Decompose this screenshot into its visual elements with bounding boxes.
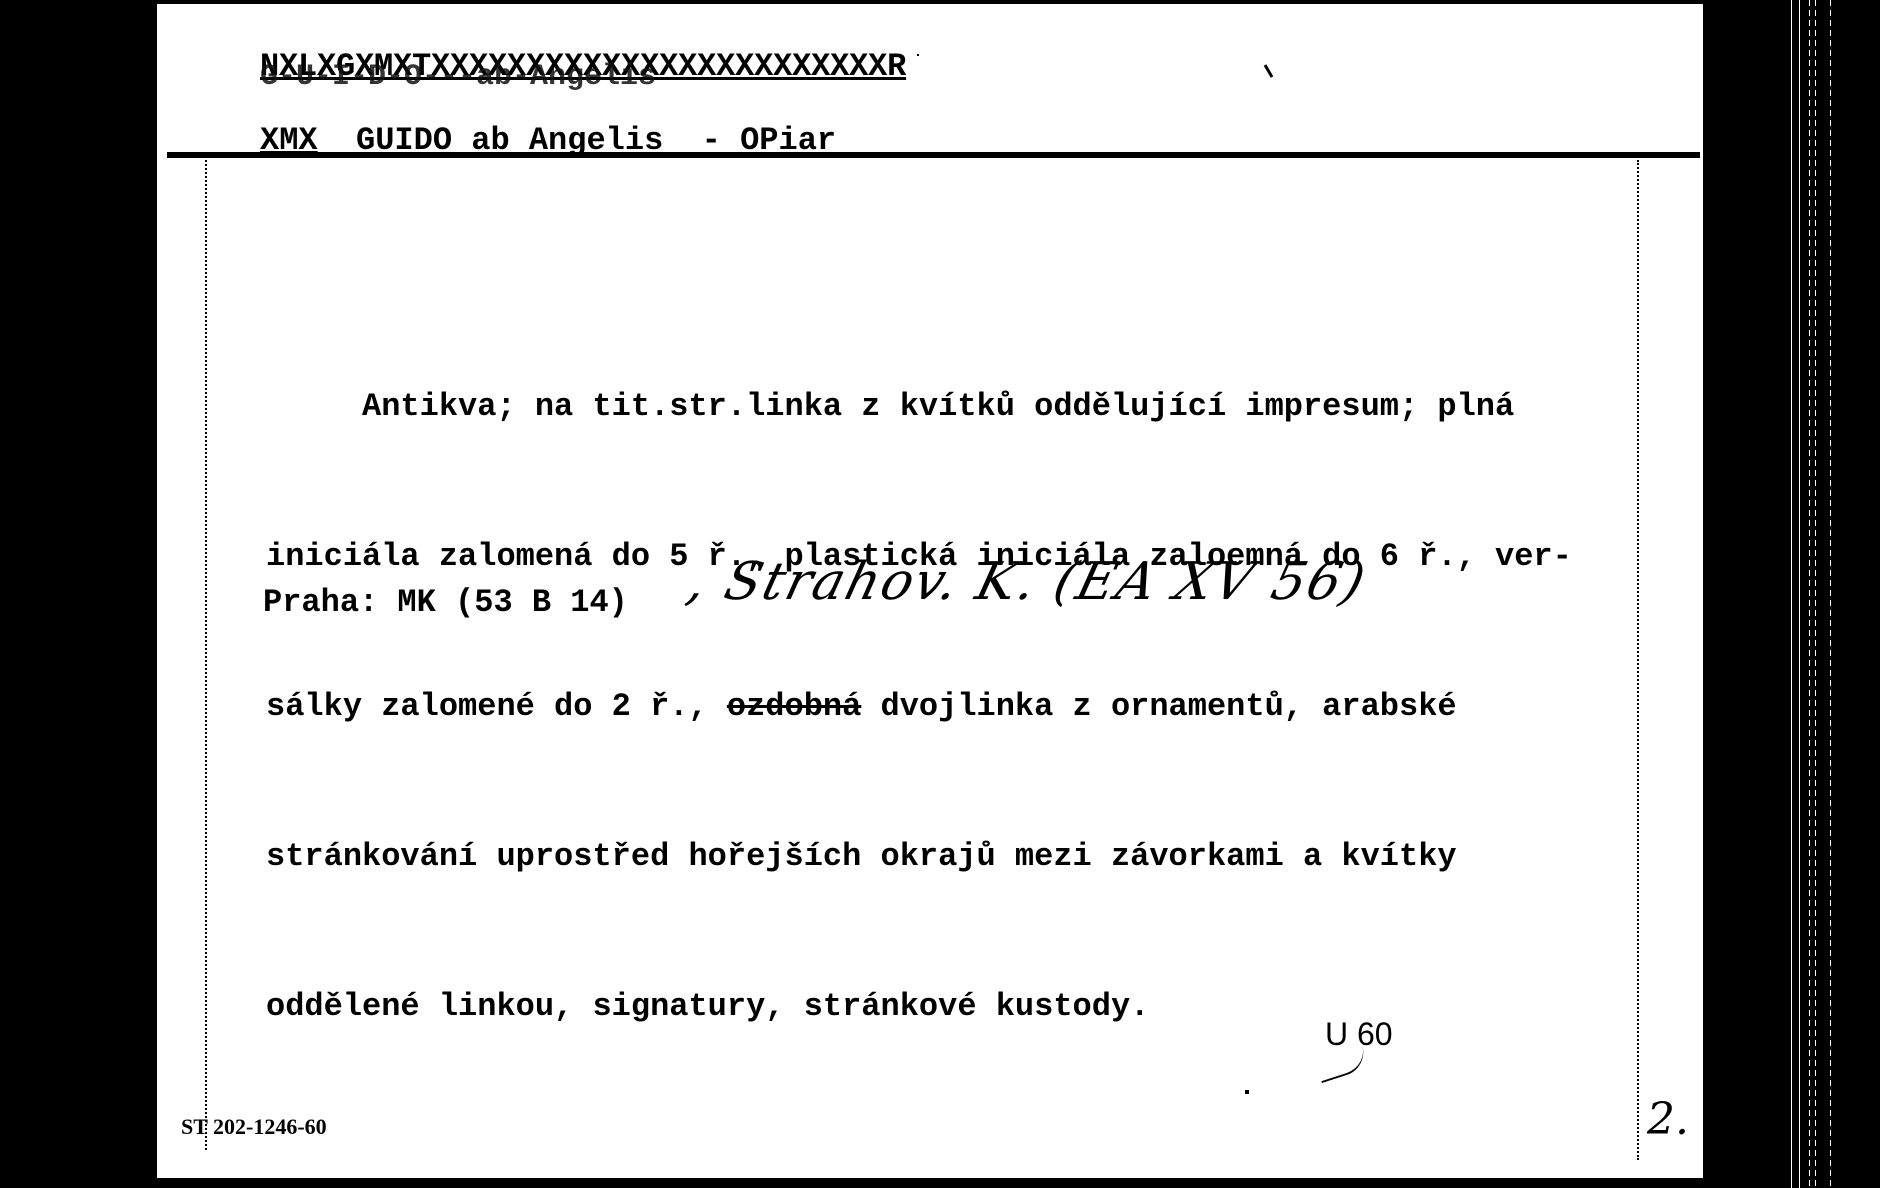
- scan-speck: [917, 54, 919, 56]
- location-typed: Praha: MK (53 B 14): [263, 584, 628, 621]
- description-text: dvojlinka z ornamentů, arabské: [861, 688, 1456, 725]
- scan-speck: [1245, 1090, 1249, 1094]
- description-line: Antikva; na tit.str.linka z kvítků odděl…: [266, 382, 1686, 432]
- scanner-edge-line: [1830, 0, 1831, 1188]
- scanner-edge-line: [1815, 0, 1816, 1188]
- struck-word: ozdobná: [727, 688, 861, 725]
- page-mark: 2.: [1647, 1094, 1689, 1145]
- left-margin-line: [205, 160, 207, 1150]
- description-line: sálky zalomené do 2 ř., ozdobná dvojlink…: [266, 682, 1686, 732]
- location-handwritten: , Strahov. K. (EA XV 56): [682, 552, 1373, 612]
- struck-header-original: G-U-I-D-O---ab-Angelis: [260, 60, 656, 94]
- scanner-edge-line: [1799, 0, 1800, 1188]
- heading-rule: [167, 152, 1700, 158]
- description-text: sálky zalomené do 2 ř.,: [266, 688, 727, 725]
- scanner-edge-line: [1791, 0, 1792, 1188]
- scanner-edge-line: [1809, 0, 1810, 1188]
- card-heading: XMX GUIDO ab Angelis - OPiar: [260, 116, 836, 166]
- description-line: stránkování uprostřed hořejších okrajů m…: [266, 832, 1686, 882]
- card-print-number: ST 202-1246-60: [181, 1114, 327, 1140]
- catalog-card: NXLXGXMXTXXXXXXXXXXXXXXXXXXXXXXXXR G-U-I…: [157, 4, 1703, 1178]
- description-line: oddělené linkou, signatury, stránkové ku…: [266, 982, 1686, 1032]
- scan-speck: [1264, 64, 1274, 78]
- description-paragraph: Antikva; na tit.str.linka z kvítků odděl…: [266, 282, 1686, 1132]
